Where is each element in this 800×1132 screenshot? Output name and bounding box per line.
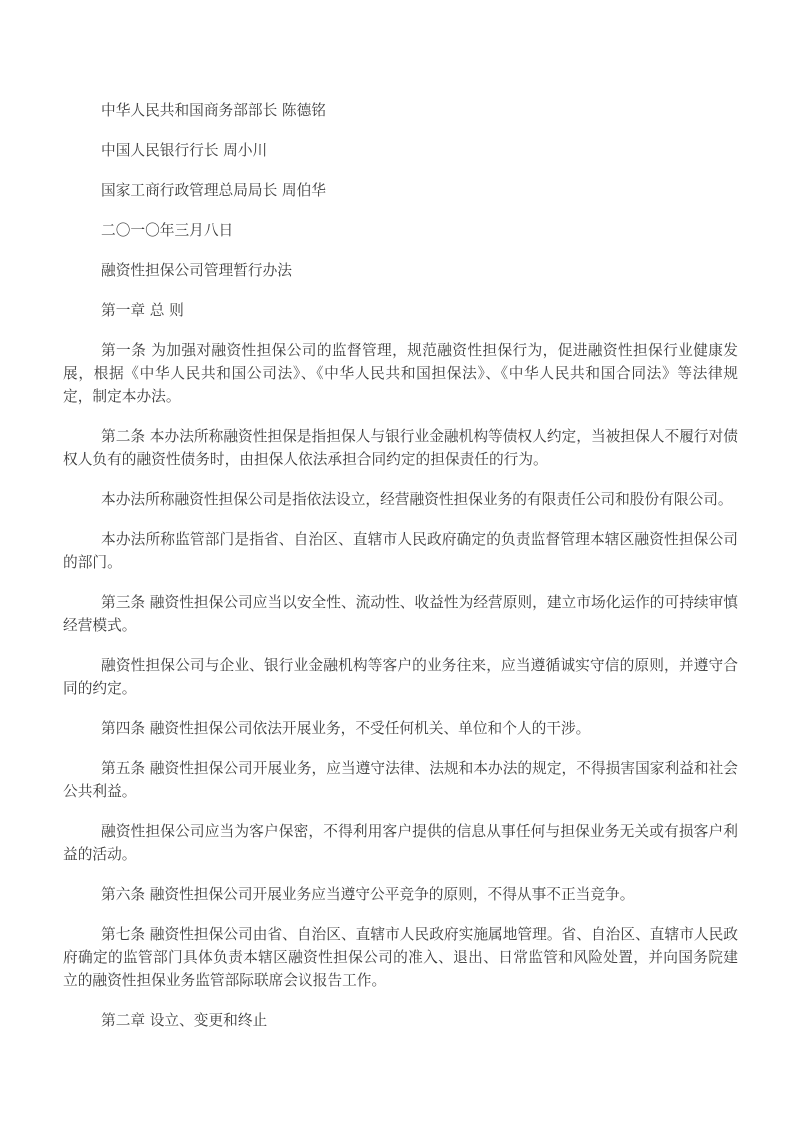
paragraph-article: 第三条 融资性担保公司应当以安全性、流动性、收益性为经营原则，建立市场化运作的可… bbox=[63, 591, 738, 637]
document-page: 中华人民共和国商务部部长 陈德铭中国人民银行行长 周小川国家工商行政管理总局局长… bbox=[0, 0, 800, 1132]
paragraph-body: 本办法所称监管部门是指省、自治区、直辖市人民政府确定的负责监督管理本辖区融资性担… bbox=[63, 528, 738, 574]
paragraph-title: 融资性担保公司管理暂行办法 bbox=[63, 259, 738, 282]
paragraph-signature: 中国人民银行行长 周小川 bbox=[63, 139, 738, 162]
paragraph-chapter-heading: 第二章 设立、变更和终止 bbox=[63, 1009, 738, 1032]
paragraph-signature: 中华人民共和国商务部部长 陈德铭 bbox=[63, 99, 738, 122]
paragraph-article: 第一条 为加强对融资性担保公司的监督管理，规范融资性担保行为，促进融资性担保行业… bbox=[63, 339, 738, 408]
paragraph-body: 本办法所称融资性担保公司是指依法设立，经营融资性担保业务的有限责任公司和股份有限… bbox=[63, 488, 738, 511]
paragraph-article: 第六条 融资性担保公司开展业务应当遵守公平竞争的原则，不得从事不正当竞争。 bbox=[63, 883, 738, 906]
paragraph-body: 融资性担保公司应当为客户保密，不得利用客户提供的信息从事任何与担保业务无关或有损… bbox=[63, 820, 738, 866]
paragraph-body: 融资性担保公司与企业、银行业金融机构等客户的业务往来，应当遵循诚实守信的原则，并… bbox=[63, 654, 738, 700]
document-body: 中华人民共和国商务部部长 陈德铭中国人民银行行长 周小川国家工商行政管理总局局长… bbox=[63, 99, 738, 1049]
paragraph-article: 第二条 本办法所称融资性担保是指担保人与银行业金融机构等债权人约定，当被担保人不… bbox=[63, 425, 738, 471]
paragraph-article: 第七条 融资性担保公司由省、自治区、直辖市人民政府实施属地管理。省、自治区、直辖… bbox=[63, 923, 738, 992]
paragraph-signature: 国家工商行政管理总局局长 周伯华 bbox=[63, 179, 738, 202]
paragraph-chapter-heading: 第一章 总 则 bbox=[63, 299, 738, 322]
paragraph-article: 第四条 融资性担保公司依法开展业务，不受任何机关、单位和个人的干涉。 bbox=[63, 717, 738, 740]
paragraph-article: 第五条 融资性担保公司开展业务，应当遵守法律、法规和本办法的规定，不得损害国家利… bbox=[63, 757, 738, 803]
paragraph-date: 二〇一〇年三月八日 bbox=[63, 219, 738, 242]
